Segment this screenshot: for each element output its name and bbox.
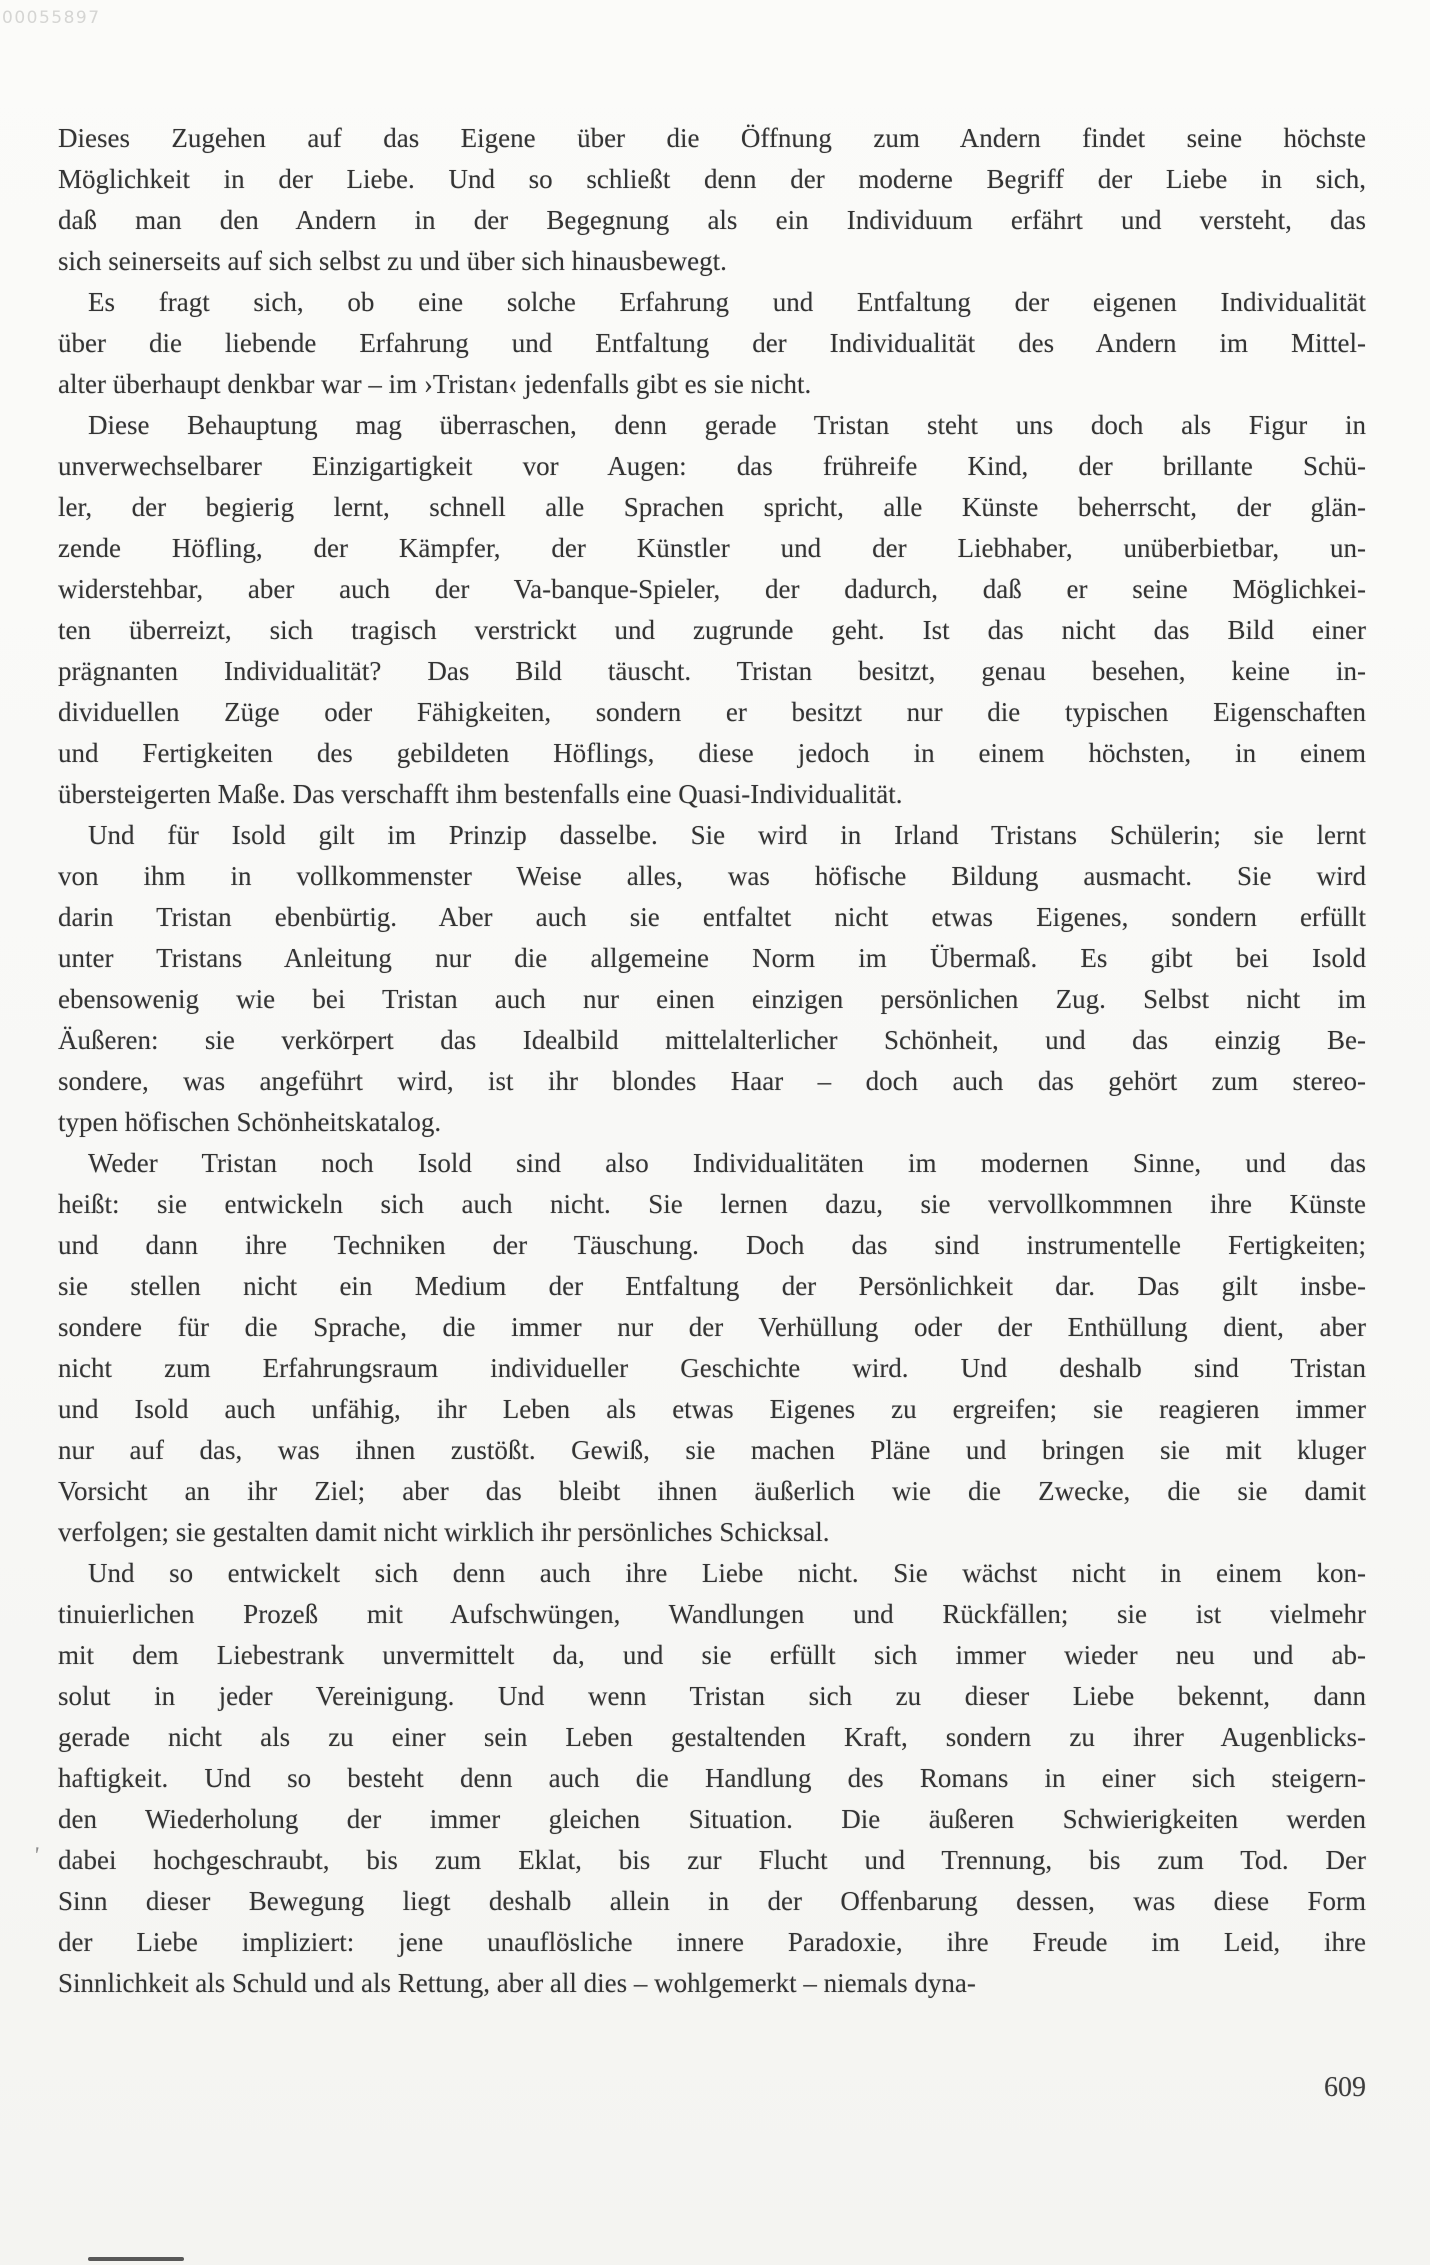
text-line: Vorsicht an ihr Ziel; aber das bleibt ih… xyxy=(58,1471,1366,1512)
text-line: gerade nicht als zu einer sein Leben ges… xyxy=(58,1717,1366,1758)
text-line: Möglichkeit in der Liebe. Und so schließ… xyxy=(58,159,1366,200)
text-line: daß man den Andern in der Begegnung als … xyxy=(58,200,1366,241)
text-line: Diese Behauptung mag überraschen, denn g… xyxy=(58,405,1366,446)
text-line: Und für Isold gilt im Prinzip dasselbe. … xyxy=(58,815,1366,856)
text-line: verfolgen; sie gestalten damit nicht wir… xyxy=(58,1512,1366,1553)
page-number: 609 xyxy=(1324,2072,1366,2104)
text-line: sie stellen nicht ein Medium der Entfalt… xyxy=(58,1266,1366,1307)
scan-edge-artifact xyxy=(88,2257,184,2261)
paragraph: Es fragt sich, ob eine solche Erfahrung … xyxy=(58,282,1366,405)
text-line: ten überreizt, sich tragisch verstrickt … xyxy=(58,610,1366,651)
text-body: Dieses Zugehen auf das Eigene über die Ö… xyxy=(58,118,1366,2004)
paragraph: Und für Isold gilt im Prinzip dasselbe. … xyxy=(58,815,1366,1143)
text-line: darin Tristan ebenbürtig. Aber auch sie … xyxy=(58,897,1366,938)
text-line: unter Tristans Anleitung nur die allgeme… xyxy=(58,938,1366,979)
text-line: dabei hochgeschraubt, bis zum Eklat, bis… xyxy=(58,1840,1366,1881)
paragraph: Und so entwickelt sich denn auch ihre Li… xyxy=(58,1553,1366,2004)
text-line: von ihm in vollkommenster Weise alles, w… xyxy=(58,856,1366,897)
text-line: Sinn dieser Bewegung liegt deshalb allei… xyxy=(58,1881,1366,1922)
text-line: widerstehbar, aber auch der Va-banque-Sp… xyxy=(58,569,1366,610)
text-line: nicht zum Erfahrungsraum individueller G… xyxy=(58,1348,1366,1389)
text-line: alter überhaupt denkbar war – im ›Trista… xyxy=(58,364,1366,405)
text-line: solut in jeder Vereinigung. Und wenn Tri… xyxy=(58,1676,1366,1717)
text-line: nur auf das, was ihnen zustößt. Gewiß, s… xyxy=(58,1430,1366,1471)
text-line: heißt: sie entwickeln sich auch nicht. S… xyxy=(58,1184,1366,1225)
scanned-book-page: { "page": { "scan_number": "00055897", "… xyxy=(0,0,1430,2265)
paragraph: Diese Behauptung mag überraschen, denn g… xyxy=(58,405,1366,815)
paragraph: Dieses Zugehen auf das Eigene über die Ö… xyxy=(58,118,1366,282)
text-line: sondere, was angeführt wird, ist ihr blo… xyxy=(58,1061,1366,1102)
text-line: übersteigerten Maße. Das verschafft ihm … xyxy=(58,774,1366,815)
text-line: prägnanten Individualität? Das Bild täus… xyxy=(58,651,1366,692)
text-line: zende Höfling, der Kämpfer, der Künstler… xyxy=(58,528,1366,569)
text-line: sondere für die Sprache, die immer nur d… xyxy=(58,1307,1366,1348)
text-line: mit dem Liebestrank unvermittelt da, und… xyxy=(58,1635,1366,1676)
text-line: sich seinerseits auf sich selbst zu und … xyxy=(58,241,1366,282)
text-line: Sinnlichkeit als Schuld und als Rettung,… xyxy=(58,1963,1366,2004)
text-line: ebensowenig wie bei Tristan auch nur ein… xyxy=(58,979,1366,1020)
text-line: und Fertigkeiten des gebildeten Höflings… xyxy=(58,733,1366,774)
paragraph: Weder Tristan noch Isold sind also Indiv… xyxy=(58,1143,1366,1553)
text-line: unverwechselbarer Einzigartigkeit vor Au… xyxy=(58,446,1366,487)
text-line: über die liebende Erfahrung und Entfaltu… xyxy=(58,323,1366,364)
scan-id-number: 00055897 xyxy=(2,8,101,28)
text-line: Es fragt sich, ob eine solche Erfahrung … xyxy=(58,282,1366,323)
text-line: ler, der begierig lernt, schnell alle Sp… xyxy=(58,487,1366,528)
text-line: dividuellen Züge oder Fähigkeiten, sonde… xyxy=(58,692,1366,733)
text-line: und Isold auch unfähig, ihr Leben als et… xyxy=(58,1389,1366,1430)
text-line: Weder Tristan noch Isold sind also Indiv… xyxy=(58,1143,1366,1184)
text-line: Dieses Zugehen auf das Eigene über die Ö… xyxy=(58,118,1366,159)
text-line: der Liebe impliziert: jene unauflösliche… xyxy=(58,1922,1366,1963)
text-line: haftigkeit. Und so besteht denn auch die… xyxy=(58,1758,1366,1799)
text-line: typen höfischen Schönheitskatalog. xyxy=(58,1102,1366,1143)
scan-margin-tick-artifact: ' xyxy=(32,1843,40,1870)
text-line: den Wiederholung der immer gleichen Situ… xyxy=(58,1799,1366,1840)
text-line: tinuierlichen Prozeß mit Aufschwüngen, W… xyxy=(58,1594,1366,1635)
text-line: und dann ihre Techniken der Täuschung. D… xyxy=(58,1225,1366,1266)
text-line: Äußeren: sie verkörpert das Idealbild mi… xyxy=(58,1020,1366,1061)
text-line: Und so entwickelt sich denn auch ihre Li… xyxy=(58,1553,1366,1594)
